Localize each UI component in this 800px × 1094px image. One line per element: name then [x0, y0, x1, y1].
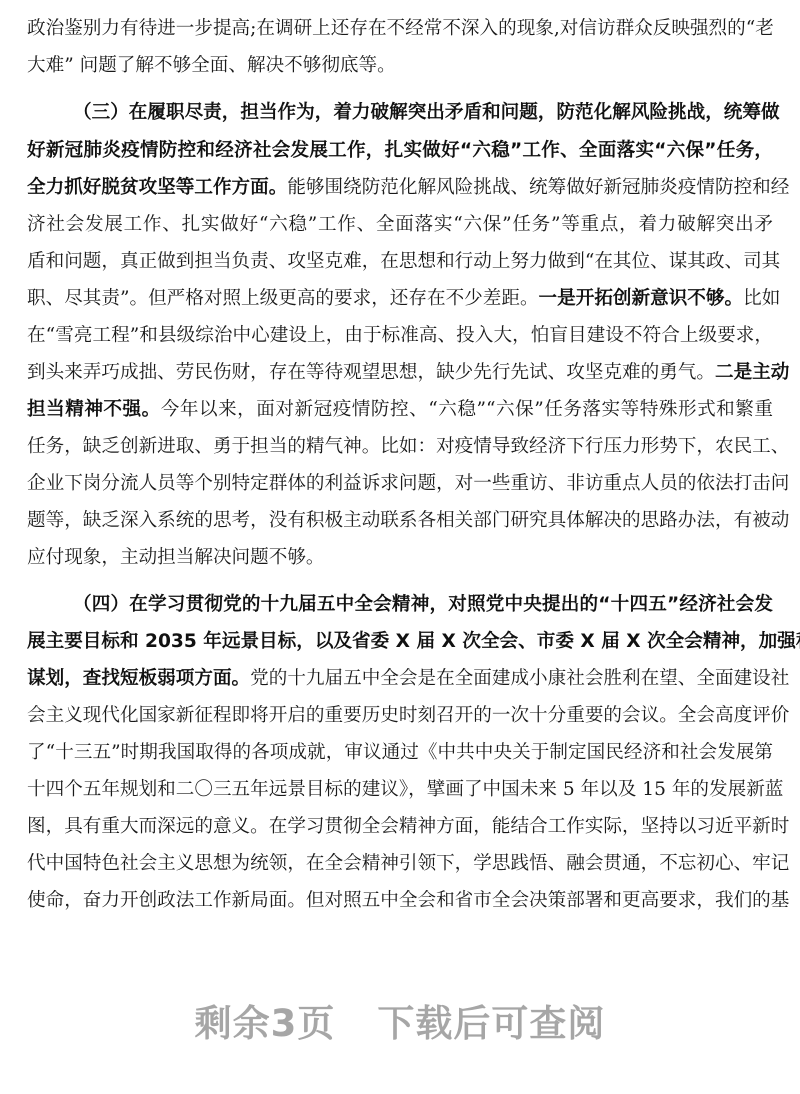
bold-text-segment: 展主要目标和 2035 年远景目标，以及省委 X 届 X 次全会、市委 X 届 … — [27, 631, 800, 652]
text-segment: 代中国特色社会主义思想为统领，在全会精神引领下，学思践悟、融会贯通，不忘初心、牢… — [27, 853, 789, 874]
text-line: 代中国特色社会主义思想为统领，在全会精神引领下，学思践悟、融会贯通，不忘初心、牢… — [27, 849, 773, 879]
text-segment: 使命，奋力开创政法工作新局面。但对照五中全会和省市全会决策部署和更高要求，我们的… — [27, 890, 789, 911]
bold-text-segment: 一是开拓创新意识不够。 — [539, 288, 744, 309]
text-line: 职、尽其责”。但严格对照上级更高的要求，还存在不少差距。一是开拓创新意识不够。比… — [27, 284, 773, 314]
bold-text-segment: （三）在履职尽责，担当作为，着力破解突出矛盾和问题，防范化解风险挑战，统筹做 — [73, 102, 780, 123]
text-segment: 应付现象，主动担当解决问题不够。 — [27, 547, 325, 568]
text-segment: 在“雪亮工程”和县级综治中心建设上，由于标准高、投入大，怕盲目建设不符合上级要求… — [27, 325, 773, 346]
text-line: 盾和问题，真正做到担当负责、攻坚克难，在思想和行动上努力做到“在其位、谋其政、司… — [27, 247, 773, 277]
text-line: 在“雪亮工程”和县级综治中心建设上，由于标准高、投入大，怕盲目建设不符合上级要求… — [27, 321, 773, 351]
text-segment: 比如 — [743, 288, 780, 309]
text-segment: 大难” 问题了解不够全面、解决不够彻底等。 — [27, 55, 396, 76]
text-segment: 今年以来，面对新冠疫情防控、“六稳”“六保”任务落实等特殊形式和繁重 — [161, 399, 773, 420]
text-line: 好新冠肺炎疫情防控和经济社会发展工作，扎实做好“六稳”工作、全面落实“六保”任务… — [27, 136, 773, 166]
preview-limit-banner[interactable]: 剩余3页 下载后可查阅 — [0, 985, 800, 1055]
text-segment: 政治鉴别力有待进一步提高;在调研上还存在不经常不深入的现象,对信访群众反映强烈的… — [27, 18, 774, 39]
text-line: 谋划，查找短板弱项方面。党的十九届五中全会是在全面建成小康社会胜利在望、全面建设… — [27, 664, 773, 694]
text-segment: 盾和问题，真正做到担当负责、攻坚克难，在思想和行动上努力做到“在其位、谋其政、司… — [27, 251, 780, 272]
text-segment: 职、尽其责”。但严格对照上级更高的要求，还存在不少差距。 — [27, 288, 539, 309]
text-segment: 到头来弄巧成拙、劳民伤财，存在等待观望思想，缺少先行先试、攻坚克难的勇气。 — [27, 362, 715, 383]
text-segment: 党的十九届五中全会是在全面建成小康社会胜利在望、全面建设社 — [250, 668, 789, 689]
text-line: 全力抓好脱贫攻坚等工作方面。能够围绕防范化解风险挑战、统筹做好新冠肺炎疫情防控和… — [27, 173, 773, 203]
text-line: 济社会发展工作、扎实做好“六稳”工作、全面落实“六保”任务”等重点，着力破解突出… — [27, 210, 773, 240]
text-segment: 十四个五年规划和二〇三五年远景目标的建议》，擘画了中国未来 5 年以及 15 年… — [27, 779, 783, 800]
text-segment: 任务，缺乏创新进取、勇于担当的精气神。比如：对疫情导致经济下行压力形势下，农民工… — [27, 436, 789, 457]
text-line: 到头来弄巧成拙、劳民伤财，存在等待观望思想，缺少先行先试、攻坚克难的勇气。二是主… — [27, 358, 773, 388]
text-line: 展主要目标和 2035 年远景目标，以及省委 X 届 X 次全会、市委 X 届 … — [27, 627, 773, 657]
remaining-pages-label: 剩余3页 — [195, 993, 336, 1047]
text-line: 图，具有重大而深远的意义。在学习贯彻全会精神方面，能结合工作实际，坚持以习近平新… — [27, 812, 773, 842]
text-segment: 企业下岗分流人员等个别特定群体的利益诉求问题，对一些重访、非访重点人员的依法打击… — [27, 473, 789, 494]
download-to-view-label[interactable]: 下载后可查阅 — [377, 993, 605, 1047]
text-segment: 济社会发展工作、扎实做好“六稳”工作、全面落实“六保”任务”等重点，着力破解突出… — [27, 214, 773, 235]
bold-text-segment: 全力抓好脱贫攻坚等工作方面。 — [27, 177, 287, 198]
text-segment: 题等，缺乏深入系统的思考，没有积极主动联系各相关部门研究具体解决的思路办法，有被… — [27, 510, 789, 531]
document-page: 政治鉴别力有待进一步提高;在调研上还存在不经常不深入的现象,对信访群众反映强烈的… — [0, 0, 800, 1094]
text-line: 担当精神不强。今年以来，面对新冠疫情防控、“六稳”“六保”任务落实等特殊形式和繁… — [27, 395, 773, 425]
bold-text-segment: 好新冠肺炎疫情防控和经济社会发展工作，扎实做好“六稳”工作、全面落实“六保”任务… — [27, 140, 773, 161]
text-segment: 能够围绕防范化解风险挑战、统筹做好新冠肺炎疫情防控和经 — [287, 177, 789, 198]
bold-text-segment: （四）在学习贯彻党的十九届五中全会精神，对照党中央提出的“十四五”经济社会发 — [73, 594, 773, 615]
bold-text-segment: 谋划，查找短板弱项方面。 — [27, 668, 250, 689]
text-line: 政治鉴别力有待进一步提高;在调研上还存在不经常不深入的现象,对信访群众反映强烈的… — [27, 14, 773, 44]
text-line: 了“十三五”时期我国取得的各项成就，审议通过《中共中央关于制定国民经济和社会发展… — [27, 738, 773, 768]
text-line: 企业下岗分流人员等个别特定群体的利益诉求问题，对一些重访、非访重点人员的依法打击… — [27, 469, 773, 499]
text-line: （三）在履职尽责，担当作为，着力破解突出矛盾和问题，防范化解风险挑战，统筹做 — [73, 98, 773, 128]
text-line: 题等，缺乏深入系统的思考，没有积极主动联系各相关部门研究具体解决的思路办法，有被… — [27, 506, 773, 536]
text-line: 会主义现代化国家新征程即将开启的重要历史时刻召开的一次十分重要的会议。全会高度评… — [27, 701, 773, 731]
bold-text-segment: 二是主动 — [715, 362, 789, 383]
text-line: 十四个五年规划和二〇三五年远景目标的建议》，擘画了中国未来 5 年以及 15 年… — [27, 775, 773, 805]
text-line: 任务，缺乏创新进取、勇于担当的精气神。比如：对疫情导致经济下行压力形势下，农民工… — [27, 432, 773, 462]
text-segment: 会主义现代化国家新征程即将开启的重要历史时刻召开的一次十分重要的会议。全会高度评… — [27, 705, 789, 726]
text-line: 应付现象，主动担当解决问题不够。 — [27, 543, 773, 573]
text-line: 大难” 问题了解不够全面、解决不够彻底等。 — [27, 51, 773, 81]
text-segment: 了“十三五”时期我国取得的各项成就，审议通过《中共中央关于制定国民经济和社会发展… — [27, 742, 773, 763]
text-line: （四）在学习贯彻党的十九届五中全会精神，对照党中央提出的“十四五”经济社会发 — [73, 590, 773, 620]
bold-text-segment: 担当精神不强。 — [27, 399, 161, 420]
text-segment: 图，具有重大而深远的意义。在学习贯彻全会精神方面，能结合工作实际，坚持以习近平新… — [27, 816, 789, 837]
text-line: 使命，奋力开创政法工作新局面。但对照五中全会和省市全会决策部署和更高要求，我们的… — [27, 886, 773, 916]
